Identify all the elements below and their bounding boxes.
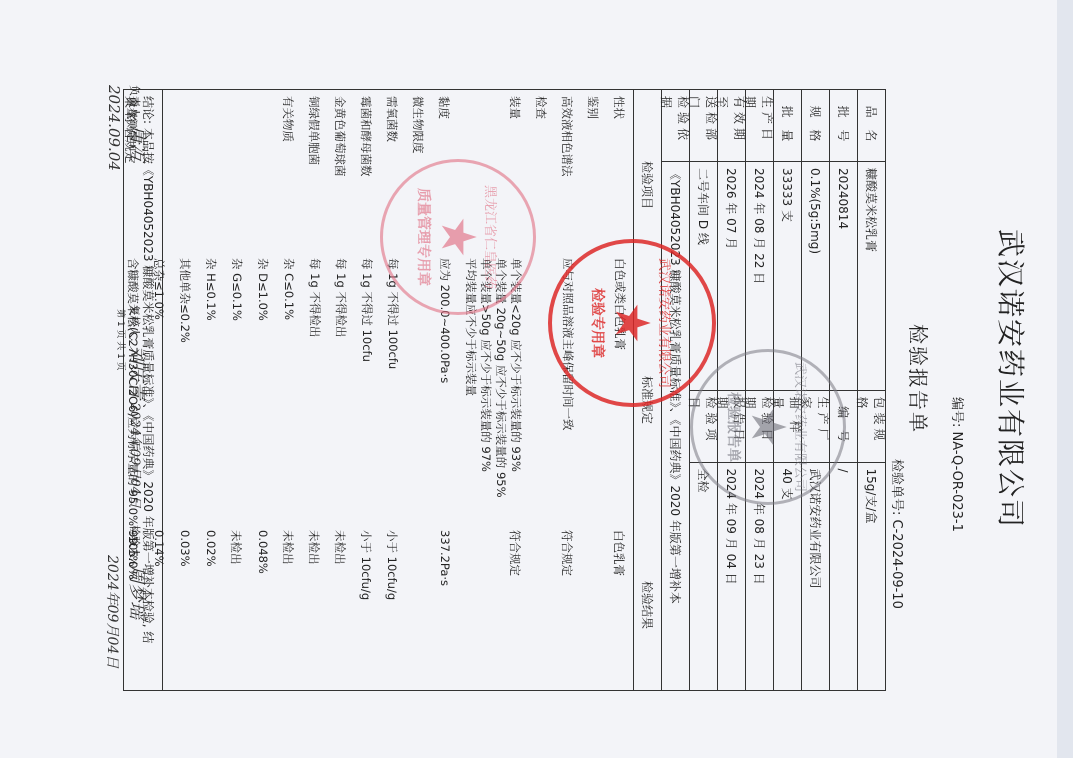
item-spec: 每 1g 不得检出	[307, 258, 322, 337]
company-title: 武汉诺安药业有限公司	[992, 29, 1032, 729]
responsible-label: 负责人:	[128, 85, 141, 122]
item-name: 性状	[611, 96, 627, 119]
info-label: 批 号	[830, 90, 857, 162]
item-name: 霉菌和酵母菌数	[358, 96, 374, 177]
reviewer-sig: 刘庆青	[126, 345, 147, 399]
item-result: 符合规定	[559, 530, 575, 576]
star-icon: ★	[435, 215, 483, 258]
red-stamp-inner-text: 检验专用章	[589, 288, 609, 358]
responsible-signature: 负责人: 唐冱	[125, 85, 151, 161]
item-result: 小于 10cfu/g	[358, 530, 374, 600]
report-number-value: C-2024-09-10	[889, 520, 904, 609]
reviewer-date: 2024年09月04日	[127, 403, 142, 508]
pink-qa-stamp: 黑龙江省仁皇医药 ★ 质量管理专用章	[380, 159, 536, 315]
info-value: 糠酸莫米松乳膏	[858, 162, 885, 391]
info-row: 品 名糠酸莫米松乳膏包装规格15g/支/盒	[857, 90, 885, 690]
info-label: 送检部门	[690, 90, 717, 162]
basis-value: 《YBH04052023 糠酸莫米松乳膏质量标准》、《中国药典》2020 年版第…	[662, 162, 689, 690]
responsible-sig: 唐冱	[126, 125, 147, 161]
gray-company-stamp: 武汉诺安药业有限公司 ★ 检验报告单	[690, 349, 846, 505]
red-inspection-stamp: 武汉诺安药业有限公司 ★ 检验专用章	[548, 239, 716, 407]
info-label: 批 量	[774, 90, 801, 162]
item-spec: 杂 D≤1.0%	[255, 258, 270, 321]
item-name: 检查	[533, 96, 549, 119]
basis-label: 检验依据	[662, 90, 689, 162]
info-value: 武汉诺安药业有限公司	[802, 463, 829, 691]
item-spec: 每 1g 不得检出	[333, 258, 348, 337]
inspector-signature: 检验人: 周梦瑶	[125, 525, 151, 619]
item-result: 0.03%	[178, 530, 192, 567]
item-spec: 其他单杂≤0.2%	[177, 258, 192, 343]
responsible-date: 2024.09.04	[105, 85, 123, 171]
item-result: 0.14%	[152, 530, 166, 567]
item-spec: 每 1g 不得过 10cfu	[359, 258, 374, 362]
inspector-date: 2024年09月04日	[103, 555, 123, 668]
item-name: 需氧菌数	[384, 96, 400, 142]
info-value: 全检	[690, 463, 717, 691]
item-spec: 杂 H≤0.1%	[203, 258, 218, 321]
report-number: 检验单号: C-2024-09-10	[889, 459, 908, 609]
item-result: 白色乳膏	[611, 530, 627, 576]
report-title: 检验报告单	[905, 29, 934, 729]
pink-stamp-inner-text: 质量管理专用章	[415, 188, 435, 286]
item-result: 符合规定	[507, 530, 523, 576]
item-name: 微生物限度	[410, 96, 426, 154]
item-name: 金黄色葡萄球菌	[332, 96, 348, 177]
document-code: 编号: NA-Q-OR-023-1	[949, 397, 968, 532]
item-name: 鉴别	[585, 96, 601, 119]
info-value: 20240814	[830, 162, 857, 391]
inspector-label: 检验人:	[128, 525, 141, 562]
info-value: 0.1%(5g:5mg)	[802, 162, 829, 391]
reviewer-signature: 复核人: 刘庆青 2024年09月04日	[125, 305, 151, 508]
item-result: 未检出	[332, 530, 348, 565]
item-result: 小于 10cfu/g	[384, 530, 400, 600]
inspection-report-page: 武汉诺安药业有限公司 编号: NA-Q-OR-023-1 检验报告单 检验单号:…	[16, 29, 1056, 729]
test-items: 性状白色或类白色乳膏白色乳膏鉴别高效液相色谱法应与对照品溶液主峰保留时间一致符合…	[162, 90, 633, 690]
reviewer-label: 复核人:	[128, 305, 141, 342]
info-label: 有效期至	[718, 90, 745, 162]
info-value: /	[830, 463, 857, 691]
item-name: 高效液相色谱法	[559, 96, 575, 177]
item-spec: 总杂≤1.0%	[151, 258, 166, 320]
info-value: 15g/支/盒	[858, 463, 885, 691]
item-result: 未检出	[280, 530, 296, 565]
info-label: 规 格	[802, 90, 829, 162]
items-header-result: 检验结果	[639, 520, 656, 690]
info-label: 包装规格	[858, 391, 885, 463]
info-label: 品 名	[858, 90, 885, 162]
item-result: 未检出	[306, 530, 322, 565]
report-number-label: 检验单号:	[889, 459, 904, 515]
item-result: 0.048%	[256, 530, 270, 574]
item-result: 0.02%	[204, 530, 218, 567]
item-name: 有关物质	[280, 96, 296, 142]
info-label: 生产日期	[746, 90, 773, 162]
item-spec: 杂 G≤0.1%	[229, 258, 244, 321]
page-info: 第 1 页 共 1 页	[115, 309, 128, 371]
item-result: 337.2Pa·s	[438, 530, 452, 586]
gray-stamp-inner-text: 检验报告单	[725, 392, 745, 462]
item-spec: 杂 C≤0.1%	[281, 258, 296, 320]
item-name: 黏度	[436, 96, 452, 119]
scanner-edge-strip	[1057, 0, 1073, 758]
item-name: 装量	[507, 96, 523, 119]
inspector-sig: 周梦瑶	[126, 565, 147, 619]
item-result: 未检出	[228, 530, 244, 565]
star-icon: ★	[745, 405, 793, 448]
star-icon: ★	[609, 301, 657, 344]
item-name: 铜绿假单胞菌	[306, 96, 322, 165]
